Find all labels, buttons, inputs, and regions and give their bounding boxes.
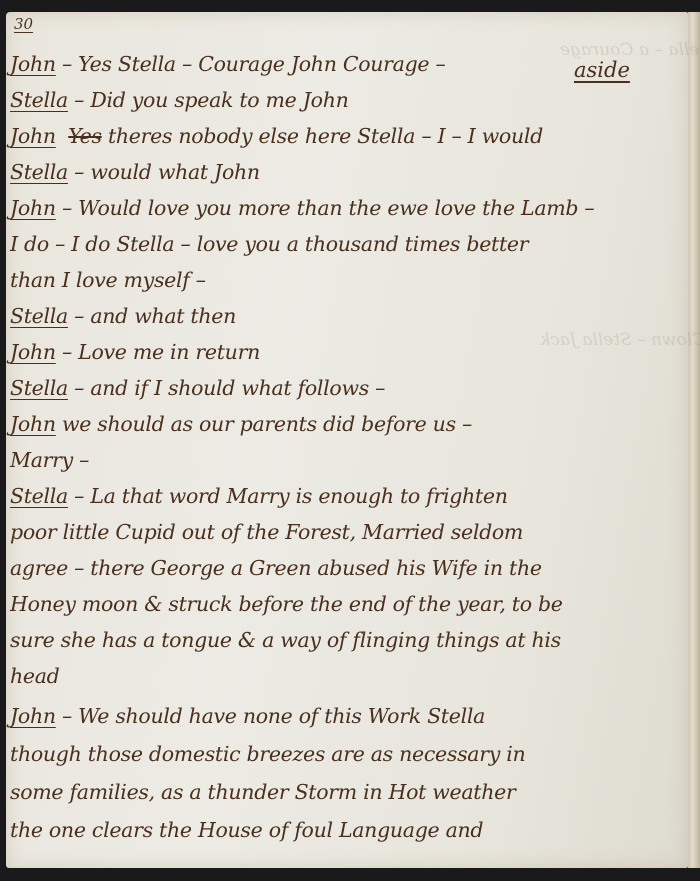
page-edge <box>688 12 700 868</box>
line-text: than I love myself – <box>10 268 206 292</box>
dialogue-line: sure she has a tongue & a way of flingin… <box>10 628 561 652</box>
line-text: – Love me in return <box>62 340 260 364</box>
speaker-name: John <box>10 412 56 436</box>
dialogue-line: Stella – would what John <box>10 160 260 184</box>
line-text: – and what then <box>74 304 236 328</box>
dialogue-line: John – Yes Stella – Courage John Courage… <box>10 52 445 76</box>
speaker-name: John <box>10 196 56 220</box>
speaker-name: Stella <box>10 484 68 508</box>
line-text: – Would love you more than the ewe love … <box>62 196 594 220</box>
dialogue-line: though those domestic breezes are as nec… <box>10 742 525 766</box>
line-text: the one clears the House of foul Languag… <box>10 818 483 842</box>
line-text: – Did you speak to me John <box>74 88 348 112</box>
dialogue-line: Stella – La that word Marry is enough to… <box>10 484 508 508</box>
speaker-name: John <box>10 704 56 728</box>
dialogue-line: Stella – and what then <box>10 304 236 328</box>
line-text: though those domestic breezes are as nec… <box>10 742 525 766</box>
line-text: – Yes Stella – Courage John Courage – <box>62 52 445 76</box>
dialogue-line: than I love myself – <box>10 268 206 292</box>
line-text: – La that word Marry is enough to fright… <box>74 484 507 508</box>
dialogue-line: some families, as a thunder Storm in Hot… <box>10 780 515 804</box>
line-text: agree – there George a Green abused his … <box>10 556 542 580</box>
dialogue-line: Stella – Did you speak to me John <box>10 88 349 112</box>
page-number: 30 <box>14 16 33 33</box>
dialogue-line: agree – there George a Green abused his … <box>10 556 542 580</box>
line-text: sure she has a tongue & a way of flingin… <box>10 628 561 652</box>
stage-direction-aside: aside <box>574 58 630 82</box>
speaker-name: Stella <box>10 304 68 328</box>
speaker-name: John <box>10 340 56 364</box>
dialogue-line: the one clears the House of foul Languag… <box>10 818 483 842</box>
speaker-name: John <box>10 124 56 148</box>
line-text: Honey moon & struck before the end of th… <box>10 592 563 616</box>
struck-word: Yes <box>68 124 102 148</box>
speaker-name: Stella <box>10 88 68 112</box>
dialogue-line: Stella – and if I should what follows – <box>10 376 385 400</box>
dialogue-line: John – Would love you more than the ewe … <box>10 196 594 220</box>
dialogue-line: I do – I do Stella – love you a thousand… <box>10 232 528 256</box>
speaker-name: Stella <box>10 160 68 184</box>
line-text: – would what John <box>74 160 260 184</box>
line-text: some families, as a thunder Storm in Hot… <box>10 780 515 804</box>
dialogue-line: John we should as our parents did before… <box>10 412 472 436</box>
dialogue-line: John – We should have none of this Work … <box>10 704 485 728</box>
dialogue-line: John Yes theres nobody else here Stella … <box>10 124 543 148</box>
line-text: – and if I should what follows – <box>74 376 385 400</box>
bleed-through-text: Clown – Stella Jack <box>540 330 700 350</box>
bleed-through-text: Stella – a Courage <box>560 40 700 60</box>
line-text: theres nobody else here Stella – I – I w… <box>108 124 543 148</box>
speaker-name: John <box>10 52 56 76</box>
speaker-name: Stella <box>10 376 68 400</box>
dialogue-line: Marry – <box>10 448 89 472</box>
dialogue-line: poor little Cupid out of the Forest, Mar… <box>10 520 523 544</box>
line-text: – We should have none of this Work Stell… <box>62 704 485 728</box>
line-text: poor little Cupid out of the Forest, Mar… <box>10 520 523 544</box>
dialogue-line: John – Love me in return <box>10 340 260 364</box>
line-text: Marry – <box>10 448 89 472</box>
line-text: we should as our parents did before us – <box>62 412 472 436</box>
dialogue-line: Honey moon & struck before the end of th… <box>10 592 563 616</box>
dialogue-line: head <box>10 664 59 688</box>
line-text: I do – I do Stella – love you a thousand… <box>10 232 528 256</box>
line-text: head <box>10 664 59 688</box>
